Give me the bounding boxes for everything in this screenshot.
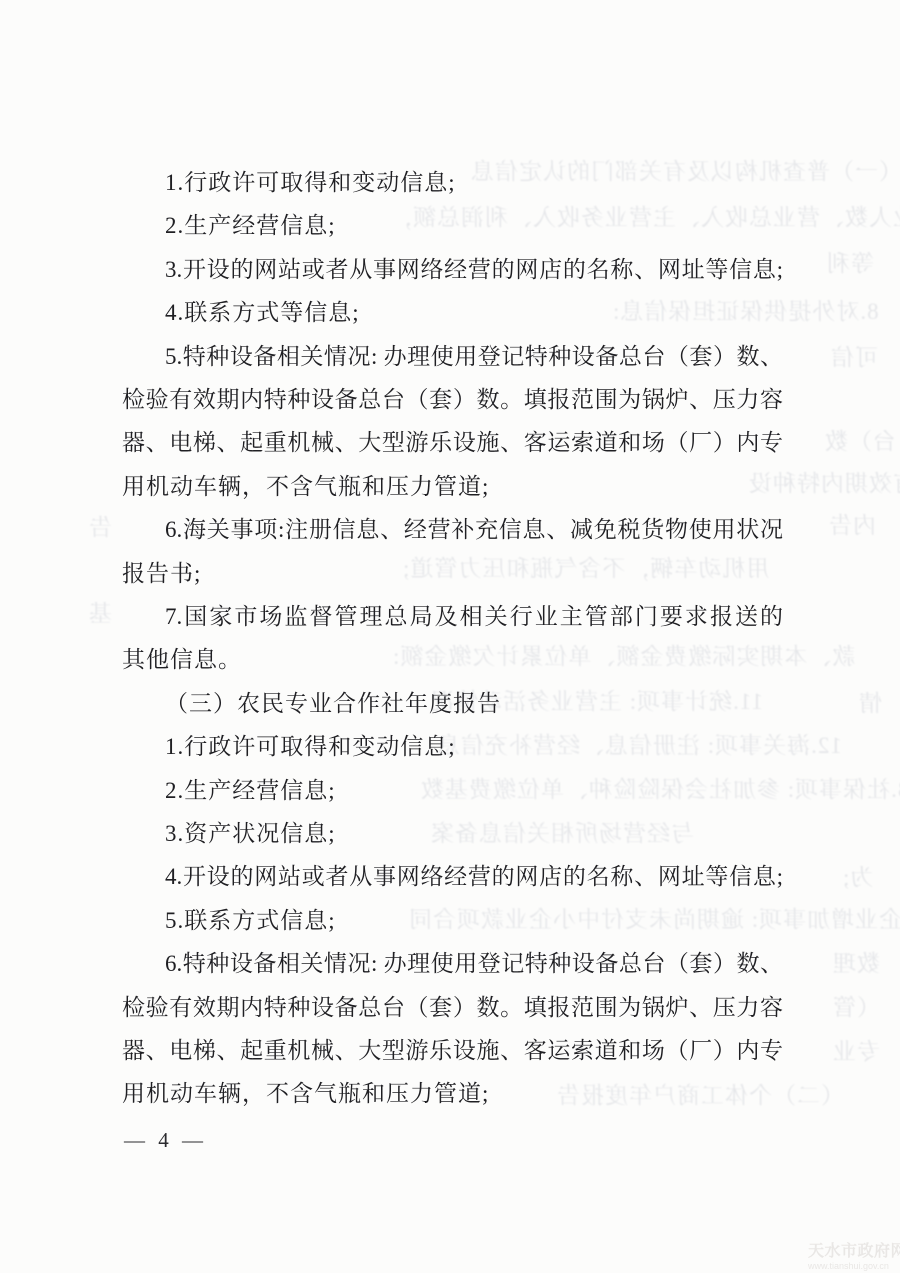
- section-heading: （三）农民专业合作社年度报告: [122, 689, 783, 721]
- text-line: 检验有效期内特种设备总台（套）数。填报范围为锅炉、压力容: [122, 993, 783, 1025]
- page-number: — 4 —: [124, 1128, 207, 1153]
- text-line: 2.生产经营信息;: [122, 211, 783, 243]
- text-line: 1.行政许可取得和变动信息;: [122, 732, 783, 764]
- text-line: 7.国家市场监督管理总局及相关行业主管部门要求报送的: [122, 602, 783, 634]
- text-line: 用机动车辆，不含气瓶和压力管道;: [122, 1079, 783, 1111]
- text-line: 6.特种设备相关情况: 办理使用登记特种设备总台（套）数、: [122, 949, 783, 981]
- watermark-site-name: 天水市政府网: [808, 1238, 900, 1261]
- text-line: 检验有效期内特种设备总台（套）数。填报范围为锅炉、压力容: [122, 385, 783, 417]
- text-line: 其他信息。: [122, 645, 783, 677]
- document-body-text: 1.行政许可取得和变动信息;2.生产经营信息;3.开设的网站或者从事网络经营的网…: [0, 0, 900, 1273]
- text-line: 报告书;: [122, 559, 783, 591]
- text-line: 5.特种设备相关情况: 办理使用登记特种设备总台（套）数、: [122, 342, 783, 374]
- scanned-document-page: （一）普查机构以及有关部门的认定信息7.企业从业人数、营业总收入、主营业务收入、…: [0, 0, 900, 1273]
- text-line: 器、电梯、起重机械、大型游乐设施、客运索道和场（厂）内专: [122, 428, 783, 460]
- text-line: 3.开设的网站或者从事网络经营的网店的名称、网址等信息;: [122, 255, 783, 287]
- watermark-site-url: www.tianshui.gov.cn: [808, 1261, 900, 1271]
- text-line: 2.生产经营信息;: [122, 776, 783, 808]
- text-line: 用机动车辆，不含气瓶和压力管道;: [122, 472, 783, 504]
- text-line: 5.联系方式信息;: [122, 906, 783, 938]
- site-watermark: 天水市政府网 www.tianshui.gov.cn: [808, 1238, 900, 1271]
- text-line: 1.行政许可取得和变动信息;: [122, 168, 783, 200]
- text-line: 器、电梯、起重机械、大型游乐设施、客运索道和场（厂）内专: [122, 1036, 783, 1068]
- text-line: 4.开设的网站或者从事网络经营的网店的名称、网址等信息;: [122, 862, 783, 894]
- text-line: 4.联系方式等信息;: [122, 298, 783, 330]
- text-line: 3.资产状况信息;: [122, 819, 783, 851]
- text-line: 6.海关事项:注册信息、经营补充信息、减免税货物使用状况: [122, 515, 783, 547]
